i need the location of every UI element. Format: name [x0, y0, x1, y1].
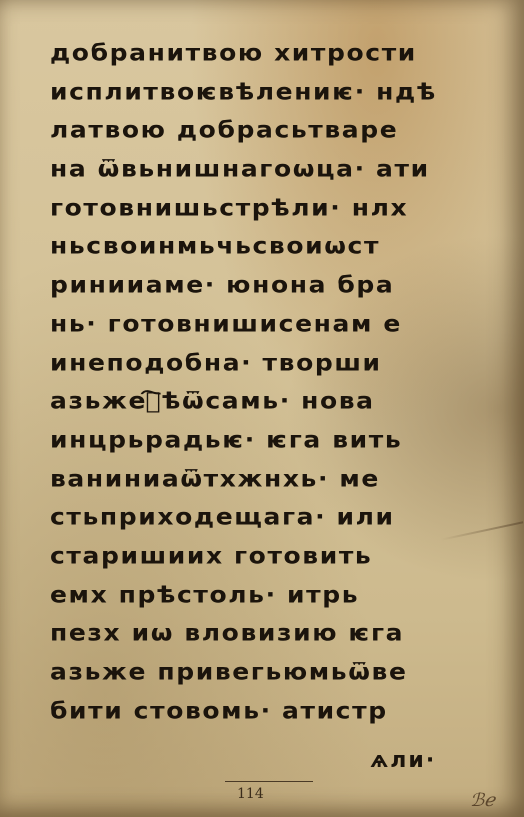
marginal-note: ℬℯ [470, 790, 495, 811]
manuscript-text-block: добранитвою хитрости исплитвоѥвѣлениѥ· н… [50, 34, 480, 730]
manuscript-line: инцрьрадьѥ· ѥга вить [50, 422, 480, 458]
manuscript-line: бити стовомь· атистр [50, 693, 480, 729]
manuscript-line: ньсвоинмьчьсвоиѡст [50, 229, 480, 265]
manuscript-line: ваниниаѿтхжнхь· ме [50, 461, 480, 497]
manuscript-line: азьжеⷭ҇ѣѿсамь· нова [50, 384, 480, 420]
manuscript-line: старишиих готовить [50, 538, 480, 574]
manuscript-line: инеподобна· творши [50, 345, 480, 381]
closing-fragment: ѧли· [370, 748, 436, 773]
manuscript-line: азьже привегьюмьѿве [50, 655, 480, 691]
manuscript-line: стьприходещага· или [50, 500, 480, 536]
manuscript-line: емх прѣстоль· итрь [50, 577, 480, 613]
manuscript-line: пезх иѡ вловизию ѥга [50, 616, 480, 652]
manuscript-line: нь· готовнишисенам е [50, 306, 480, 342]
manuscript-line: добранитвою хитрости [50, 36, 480, 72]
folio-number: 114 [237, 786, 264, 802]
manuscript-page: добранитвою хитрости исплитвоѥвѣлениѥ· н… [0, 0, 524, 817]
manuscript-line: латвою добрасьтваре [50, 113, 480, 149]
manuscript-line: ринииаме· юнона бра [50, 268, 480, 304]
manuscript-line: исплитвоѥвѣлениѥ· ндѣ [50, 74, 480, 110]
manuscript-line: на ѿвьнишнагоѡца· ати [50, 152, 480, 188]
manuscript-line: готовнишьстрѣли· нлх [50, 190, 480, 226]
folio-rule [225, 781, 313, 782]
